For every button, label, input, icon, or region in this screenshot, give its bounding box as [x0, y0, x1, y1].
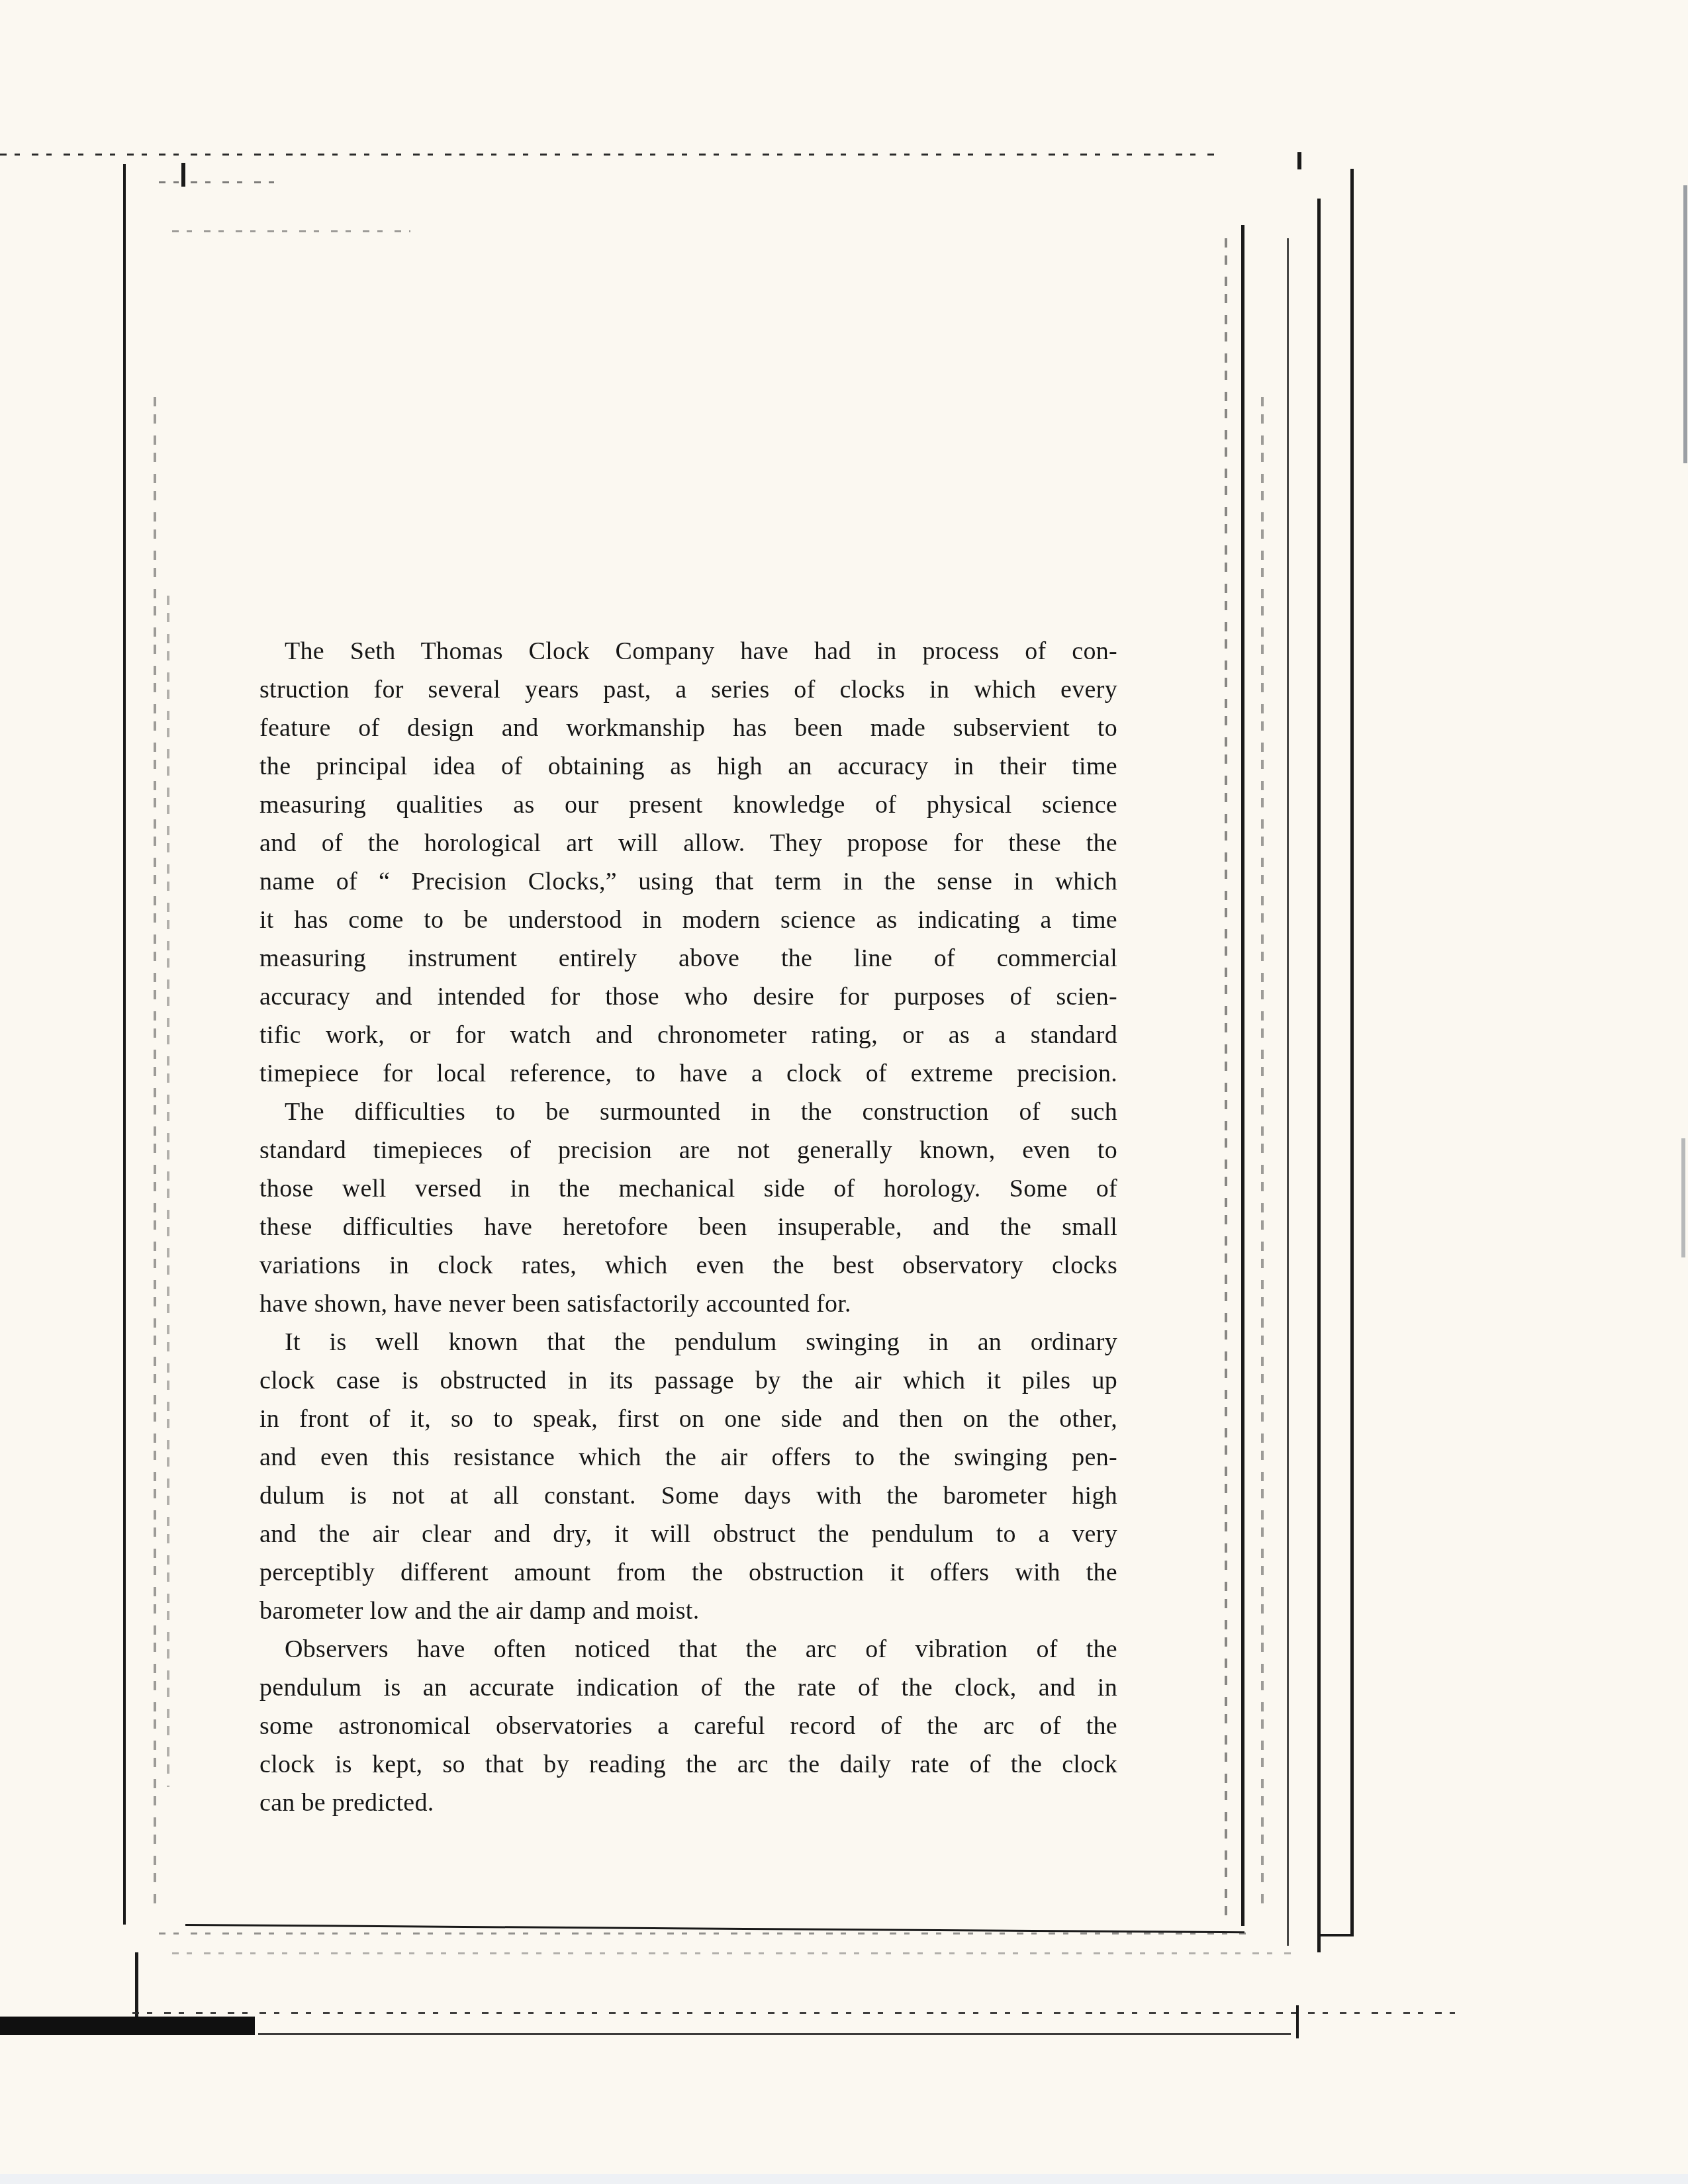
text-line: It is well known that the pendulum swing…	[259, 1323, 1117, 1361]
text-line: the principal idea of obtaining as high …	[259, 747, 1117, 786]
text-line: The Seth Thomas Clock Company have had i…	[259, 632, 1117, 670]
text-line: clock is kept, so that by reading the ar…	[259, 1745, 1117, 1784]
scan-shadow-band	[0, 2017, 255, 2035]
text-line: in front of it, so to speak, first on on…	[259, 1400, 1117, 1438]
text-line: pendulum is an accurate indication of th…	[259, 1668, 1117, 1707]
text-line: those well versed in the mechanical side…	[259, 1169, 1117, 1208]
text-line: barometer low and the air damp and moist…	[259, 1592, 1117, 1630]
frame-left-edge-notch	[135, 1952, 138, 2025]
stacked-sheet-edge-3	[1350, 169, 1354, 1936]
paragraph-observers: Observers have often noticed that the ar…	[259, 1630, 1117, 1822]
text-line: struction for several years past, a seri…	[259, 670, 1117, 709]
text-line: tific work, or for watch and chronometer…	[259, 1016, 1117, 1054]
text-line: name of “ Precision Clocks,” using that …	[259, 862, 1117, 901]
stacked-sheet-edge-1	[1287, 238, 1289, 1946]
text-line: Observers have often noticed that the ar…	[259, 1630, 1117, 1668]
lower-sheet-top-edge	[132, 2012, 1456, 2014]
lower-sheet-right-tick	[1296, 2005, 1299, 2038]
inner-page-right-edge	[1241, 225, 1244, 1926]
scan-bed-strip	[0, 2174, 1688, 2184]
text-line: these difficulties have heretofore been …	[259, 1208, 1117, 1246]
text-line: standard timepieces of precision are not…	[259, 1131, 1117, 1169]
text-line: accuracy and intended for those who desi…	[259, 978, 1117, 1016]
inner-page-bottom-shadow	[159, 1933, 1251, 1934]
scanner-edge-right	[1683, 185, 1687, 463]
paragraph-pendulum-air: It is well known that the pendulum swing…	[259, 1323, 1117, 1630]
paragraph-difficulties: The difficulties to be surmounted in the…	[259, 1093, 1117, 1323]
text-line: The difficulties to be surmounted in the…	[259, 1093, 1117, 1131]
frame-left-inner-dots-2	[167, 596, 169, 1787]
stacked-sheet-edge-top-mark	[1297, 152, 1301, 169]
paragraph-intro: The Seth Thomas Clock Company have had i…	[259, 632, 1117, 1093]
text-line: and the air clear and dry, it will obstr…	[259, 1515, 1117, 1553]
text-line: can be predicted.	[259, 1784, 1117, 1822]
text-line: variations in clock rates, which even th…	[259, 1246, 1117, 1285]
text-line: measuring qualities as our present knowl…	[259, 786, 1117, 824]
text-line: have shown, have never been satisfactori…	[259, 1285, 1117, 1323]
text-line: and even this resistance which the air o…	[259, 1438, 1117, 1477]
frame-left-inner-dots	[154, 397, 156, 1906]
text-line: clock case is obstructed in its passage …	[259, 1361, 1117, 1400]
inner-page-right-dots	[1225, 238, 1227, 1919]
frame-top-inner-border	[159, 181, 278, 183]
text-line: it has come to be understood in modern s…	[259, 901, 1117, 939]
text-line: some astronomical observatories a carefu…	[259, 1707, 1117, 1745]
text-line: perceptibly different amount from the ob…	[259, 1553, 1117, 1592]
text-line: measuring instrument entirely above the …	[259, 939, 1117, 978]
frame-top-inner-border-2	[172, 230, 410, 232]
stacked-sheet-edge-2	[1317, 199, 1321, 1952]
text-line: dulum is not at all constant. Some days …	[259, 1477, 1117, 1515]
scanner-edge-right-2	[1681, 1138, 1685, 1257]
text-line: and of the horological art will allow. T…	[259, 824, 1117, 862]
frame-top-border	[0, 154, 1218, 156]
stacked-sheet-edge-3-foot	[1321, 1934, 1354, 1936]
inner-page-bottom-shadow-2	[172, 1952, 1297, 1954]
text-line: timepiece for local reference, to have a…	[259, 1054, 1117, 1093]
inner-page-right-dots-2	[1261, 397, 1264, 1906]
text-line: feature of design and workmanship has be…	[259, 709, 1117, 747]
lower-sheet-bottom-edge	[258, 2033, 1291, 2035]
document-body: The Seth Thomas Clock Company have had i…	[259, 632, 1117, 1822]
frame-left-mark	[181, 163, 185, 187]
frame-left-edge	[123, 164, 126, 1925]
